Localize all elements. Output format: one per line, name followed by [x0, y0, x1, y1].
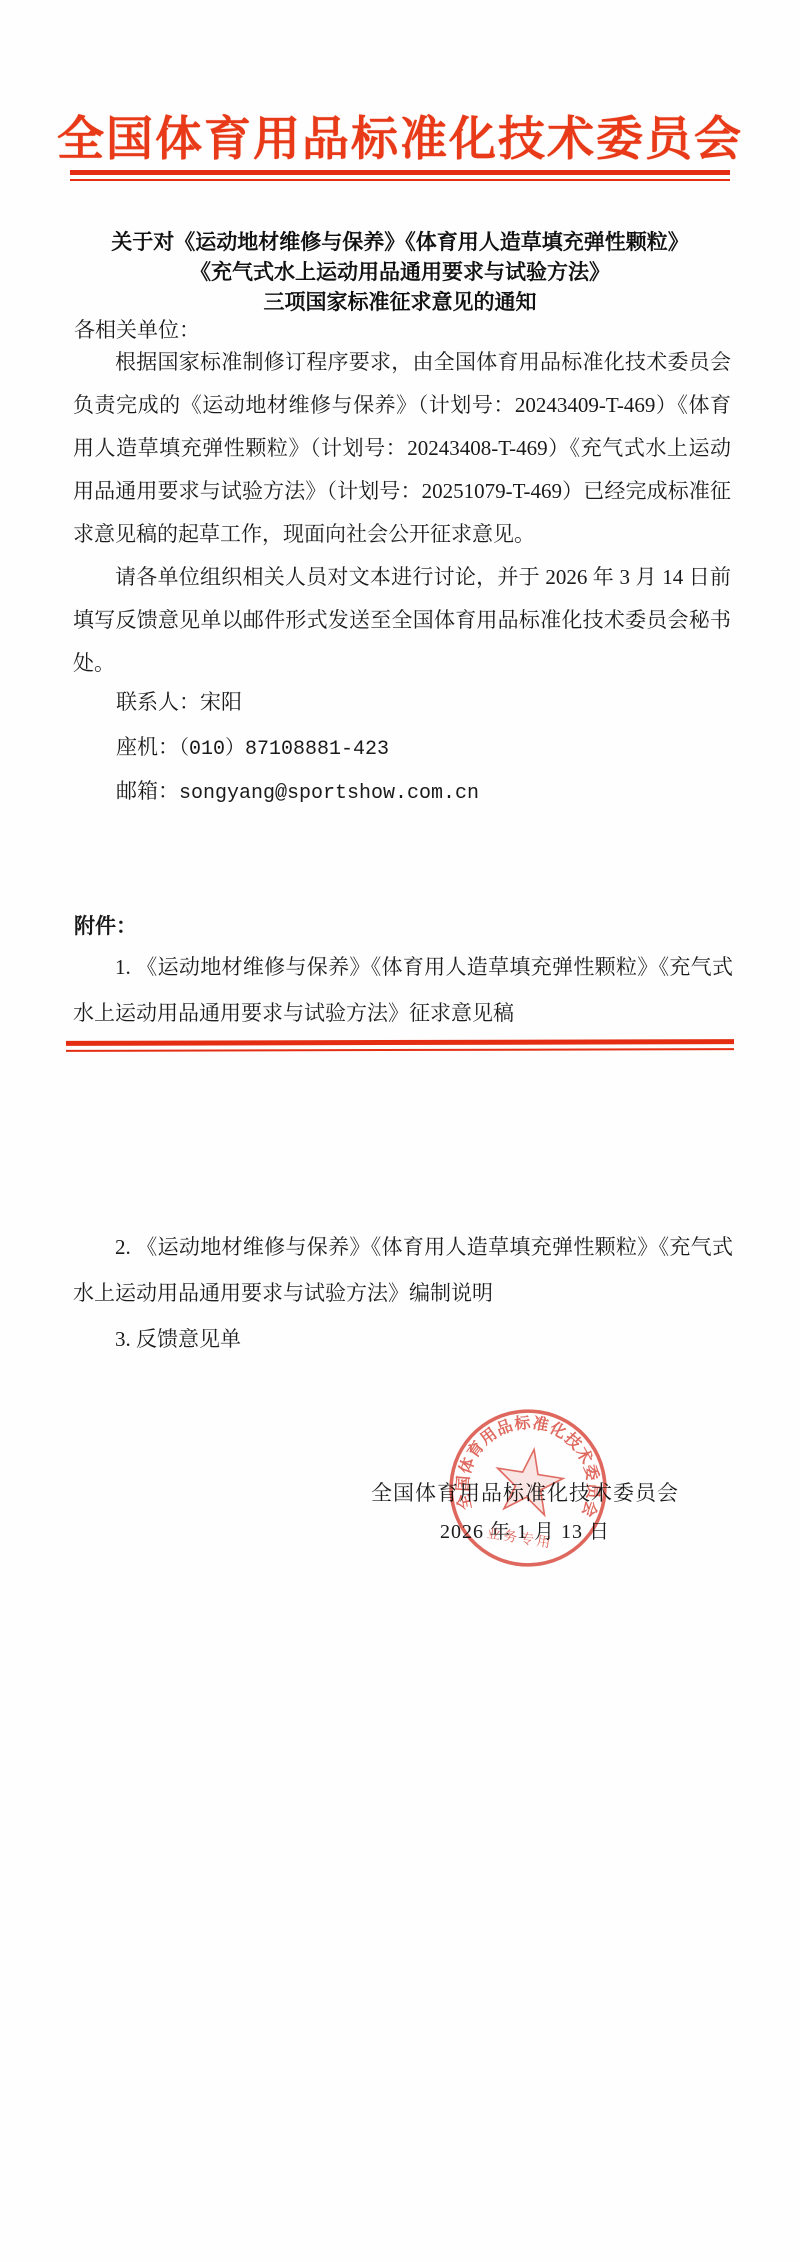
letterhead-org-title: 全国体育用品标准化技术委员会 — [0, 102, 800, 169]
attachment-item-2: 2. 《运动地材维修与保养》《体育用人造草填充弹性颗粒》《充气式水上运动用品通用… — [73, 1224, 733, 1316]
contact-person-value: 宋阳 — [200, 690, 242, 714]
body-paragraph-2: 请各单位组织相关人员对文本进行讨论，并于 2026 年 3 月 14 日前填写反… — [73, 556, 731, 685]
contact-person-line: 联系人：宋阳 — [74, 686, 242, 716]
contact-email-line: 邮箱：songyang@sportshow.com.cn — [74, 775, 479, 805]
contact-phone-value: （010）87108881-423 — [179, 738, 389, 761]
attachment-item-1: 1. 《运动地材维修与保养》《体育用人造草填充弹性颗粒》《充气式水上运动用品通用… — [73, 944, 733, 1036]
contact-person-label: 联系人： — [116, 690, 200, 714]
section-divider-rule — [66, 1039, 734, 1052]
document-title-line-3: 三项国家标准征求意见的通知 — [0, 287, 800, 317]
contact-phone-label: 座机： — [116, 735, 179, 759]
contact-email-value: songyang@sportshow.com.cn — [179, 782, 479, 805]
stamp-star-icon — [492, 1444, 567, 1517]
document-title-line-2: 《充气式水上运动用品通用要求与试验方法》 — [0, 257, 800, 287]
notice-document-page: 全国体育用品标准化技术委员会 关于对《运动地材维修与保养》《体育用人造草填充弹性… — [0, 0, 800, 2262]
attachment-item-3: 3. 反馈意见单 — [73, 1316, 733, 1362]
body-paragraph-1: 根据国家标准制修订程序要求，由全国体育用品标准化技术委员会负责完成的《运动地材维… — [73, 341, 731, 556]
contact-email-label: 邮箱： — [116, 779, 179, 803]
document-title: 关于对《运动地材维修与保养》《体育用人造草填充弹性颗粒》 《充气式水上运动用品通… — [0, 227, 800, 317]
letterhead-divider-rule — [70, 170, 730, 181]
document-title-line-1: 关于对《运动地材维修与保养》《体育用人造草填充弹性颗粒》 — [0, 227, 800, 257]
contact-phone-line: 座机：（010）87108881-423 — [74, 731, 389, 761]
stamp-bottom-text: 业务专用 — [485, 1526, 554, 1551]
attachments-heading: 附件： — [74, 910, 137, 940]
official-red-seal-stamp: 全国体育用品标准化技术委员会 业务专用 — [434, 1394, 622, 1582]
salutation: 各相关单位： — [74, 314, 200, 344]
